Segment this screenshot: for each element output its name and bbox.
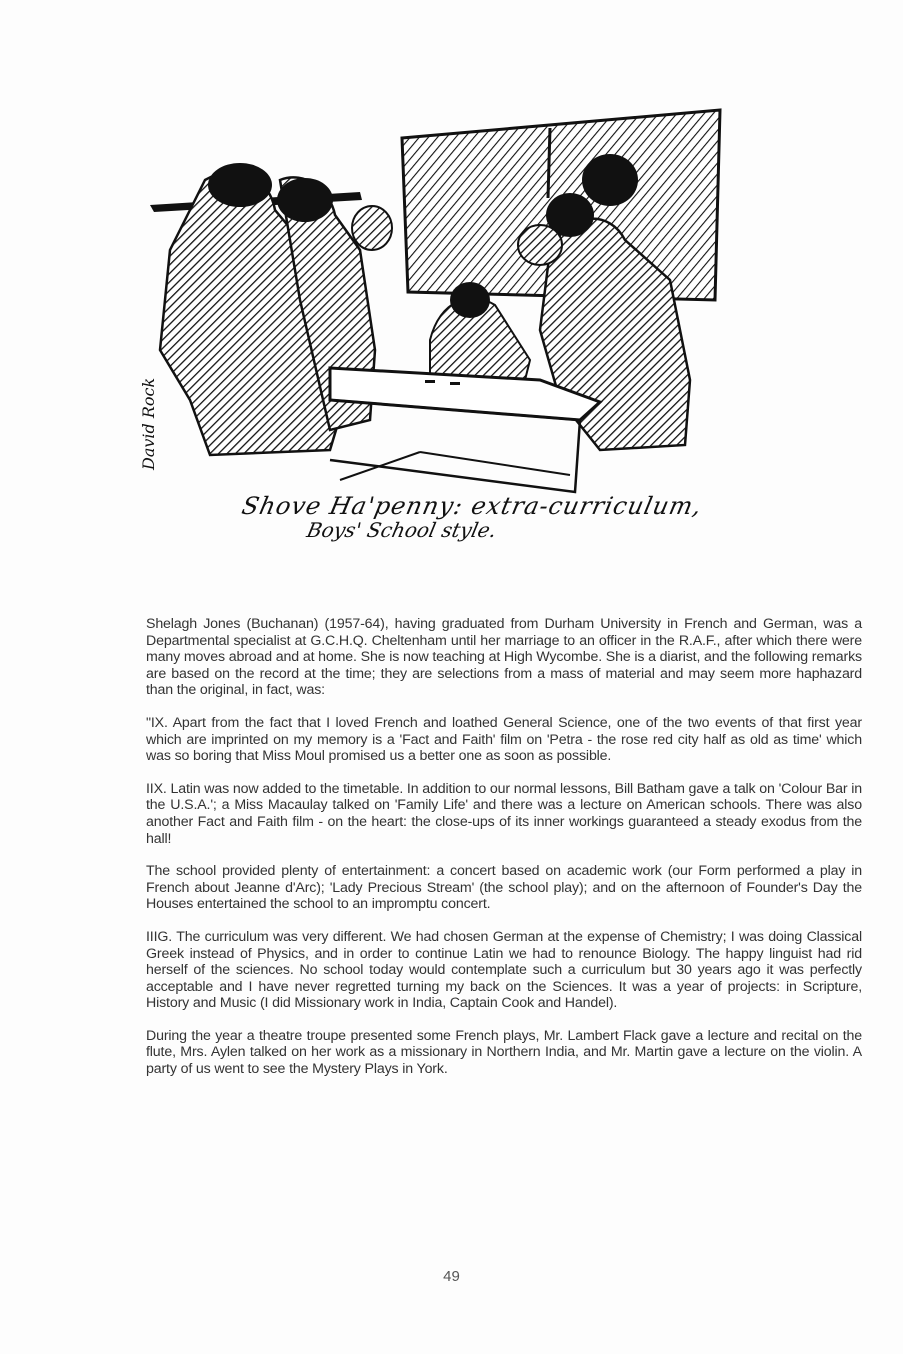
article-body: Shelagh Jones (Buchanan) (1957-64), havi… — [146, 616, 862, 1094]
paragraph-intro: Shelagh Jones (Buchanan) (1957-64), havi… — [146, 616, 862, 699]
paragraph-ix: "IX. Apart from the fact that I loved Fr… — [146, 715, 862, 765]
paragraph-iix: IIX. Latin was now added to the timetabl… — [146, 781, 862, 847]
caption-line-2: Boys' School style. — [235, 518, 760, 542]
sketch-illustration: David Rock — [130, 100, 790, 495]
page-number: 49 — [0, 1268, 903, 1285]
paragraph-theatre: During the year a theatre troupe present… — [146, 1028, 862, 1078]
caption-line-1: Shove Ha'penny: extra-curriculum, — [239, 492, 765, 520]
artist-signature: David Rock — [139, 378, 158, 471]
document-page: David Rock Shove Ha'penny: extra-curricu… — [0, 0, 903, 1354]
paragraph-iiig: IIIG. The curriculum was very different.… — [146, 929, 862, 1012]
illustration-caption: Shove Ha'penny: extra-curriculum, Boys' … — [235, 492, 766, 542]
paragraph-entertainment: The school provided plenty of entertainm… — [146, 863, 862, 913]
